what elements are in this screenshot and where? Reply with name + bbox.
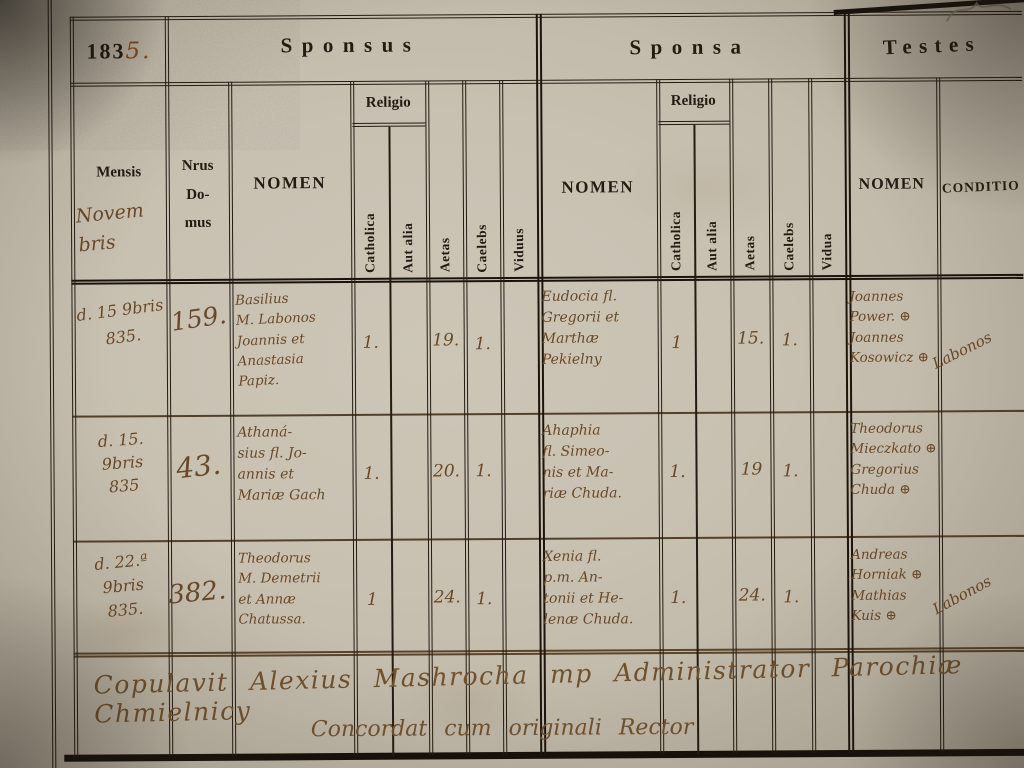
colhead-sponsa-aut-alia: Aut alia (694, 139, 731, 271)
vertical-label: Caelebs (474, 224, 490, 273)
section-title-sponsa: Sponsa (539, 34, 841, 61)
row-separator-line (72, 410, 1024, 418)
sponsus-catholica-mark: 1 (353, 590, 391, 610)
vertical-label: Catholica (667, 211, 683, 271)
religio-underline-sponsa (658, 121, 729, 125)
sponsus-aetas-value: 24. (428, 587, 466, 607)
vertical-label: Catholica (362, 213, 378, 273)
table-left-line (70, 17, 79, 758)
sponsus-catholica-mark: 1. (352, 333, 390, 353)
sponsus-caelebs-mark: 1. (465, 589, 503, 609)
colhead-testes-conditio: CONDITIO (939, 177, 1024, 196)
sponsa-name: Eudocia fl. Gregorii et Marthæ Pekielny (541, 286, 656, 371)
sponsa-catholica-mark: 1. (658, 462, 696, 482)
colhead-sponsus-catholica: Catholica (351, 141, 390, 273)
row-house-number: 382. (162, 575, 233, 611)
sponsus-aetas-value: 19. (427, 330, 465, 350)
sponsa-aetas-value: 24. (732, 585, 772, 605)
sponsa-name: Ahaphia fl. Simeo- nis et Ma- riæ Chuda. (542, 420, 657, 505)
colhead-sponsa-aetas: Aetas (730, 138, 770, 270)
row-date: d. 22.ª 9bris 835. (74, 546, 172, 626)
vertical-label: Caelebs (781, 222, 797, 271)
register-page-photo: 1835. Sponsus Sponsa Testes Mensis Novem… (0, 0, 1024, 768)
margin-line (48, 0, 57, 768)
colhead-testes-nomen: NOMEN (847, 175, 937, 194)
section-line-sponsa (536, 14, 547, 755)
concordat-note: Concordat cum originali Rector (212, 714, 792, 743)
sponsa-catholica-mark: 1. (659, 588, 697, 608)
sponsus-name: Theodorus M. Demetrii et Annæ Chatussa. (238, 548, 354, 630)
col-line-mensis (165, 16, 174, 757)
row-date: d. 15. 9bris 835 (76, 425, 169, 501)
sponsus-aetas-value: 20. (427, 461, 465, 481)
sponsa-aetas-value: 15. (731, 328, 771, 348)
vertical-label: Aetas (742, 236, 758, 271)
colhead-sponsa-catholica: Catholica (657, 139, 695, 271)
section-line-testes (844, 12, 855, 753)
corner-pencil-mark (943, 0, 1015, 27)
sponsus-caelebs-mark: 1. (464, 334, 502, 354)
section-title-sponsus: Sponsus (168, 32, 533, 59)
row-house-number: 43. (165, 446, 232, 486)
colhead-sponsa-nomen: NOMEN (539, 177, 657, 198)
colhead-sponsus-caelebs: Caelebs (463, 140, 501, 272)
vertical-label: Aetas (437, 238, 453, 273)
sponsus-name: Basilius M. Labonos Joannis et Anastasia… (235, 286, 355, 392)
table-top-line (70, 11, 1022, 21)
sponsus-name: Athaná- sius fl. Jo- annis et Mariæ Gach (237, 422, 354, 507)
vertical-label: Aut alia (704, 221, 720, 271)
colhead-sponsa-caelebs: Caelebs (769, 138, 810, 270)
sponsus-caelebs-mark: 1. (464, 461, 502, 481)
year-printed: 183 (86, 38, 125, 63)
sponsa-aetas-value: 19 (731, 459, 771, 479)
sponsa-caelebs-mark: 1. (771, 587, 811, 607)
colhead-sponsus-viduus: Viduus (500, 140, 538, 272)
vertical-label: Vidua (819, 233, 835, 270)
sponsa-catholica-mark: 1 (658, 333, 696, 353)
sponsa-caelebs-mark: 1. (770, 461, 810, 481)
sponsus-catholica-mark: 1. (352, 464, 390, 484)
vertical-label: Viduus (511, 228, 527, 272)
colhead-sponsus-aetas: Aetas (426, 140, 464, 272)
testes-names: Theodorus Mieczkato ⊕ Gregorius Chuda ⊕ (850, 418, 968, 500)
colhead-mensis: Mensis (73, 164, 165, 182)
religio-underline-sponsus (352, 123, 425, 127)
colhead-sponsa-vidua: Vidua (809, 138, 846, 270)
header-bottom-line (71, 274, 1023, 285)
colhead-sponsus-religio: Religio (352, 95, 424, 112)
row-house-number: 159. (166, 300, 232, 338)
colhead-nrus-domus: Nrus Do- mus (168, 152, 229, 238)
colhead-sponsa-religio: Religio (658, 93, 728, 110)
row-separator-line (73, 535, 1024, 543)
sponsa-name: Xenia fl. p.m. An- tonii et He- lenæ Chu… (543, 546, 660, 631)
titles-bottom-line (70, 77, 1022, 87)
sponsa-caelebs-mark: 1. (770, 330, 810, 350)
vertical-label: Aut alia (400, 222, 416, 272)
colhead-sponsus-aut-alia: Aut alia (389, 141, 427, 273)
row-date: d. 15 9bris 835. (73, 291, 171, 357)
colhead-sponsus-nomen: NOMEN (231, 173, 349, 194)
year-handwritten-digit: 5. (125, 38, 151, 64)
year-cell: 1835. (76, 38, 162, 65)
mensis-handwritten-month: Novem bris (75, 194, 170, 259)
section-title-testes: Testes (847, 30, 1018, 62)
page-ink-layer: 1835. Sponsus Sponsa Testes Mensis Novem… (0, 0, 1024, 768)
